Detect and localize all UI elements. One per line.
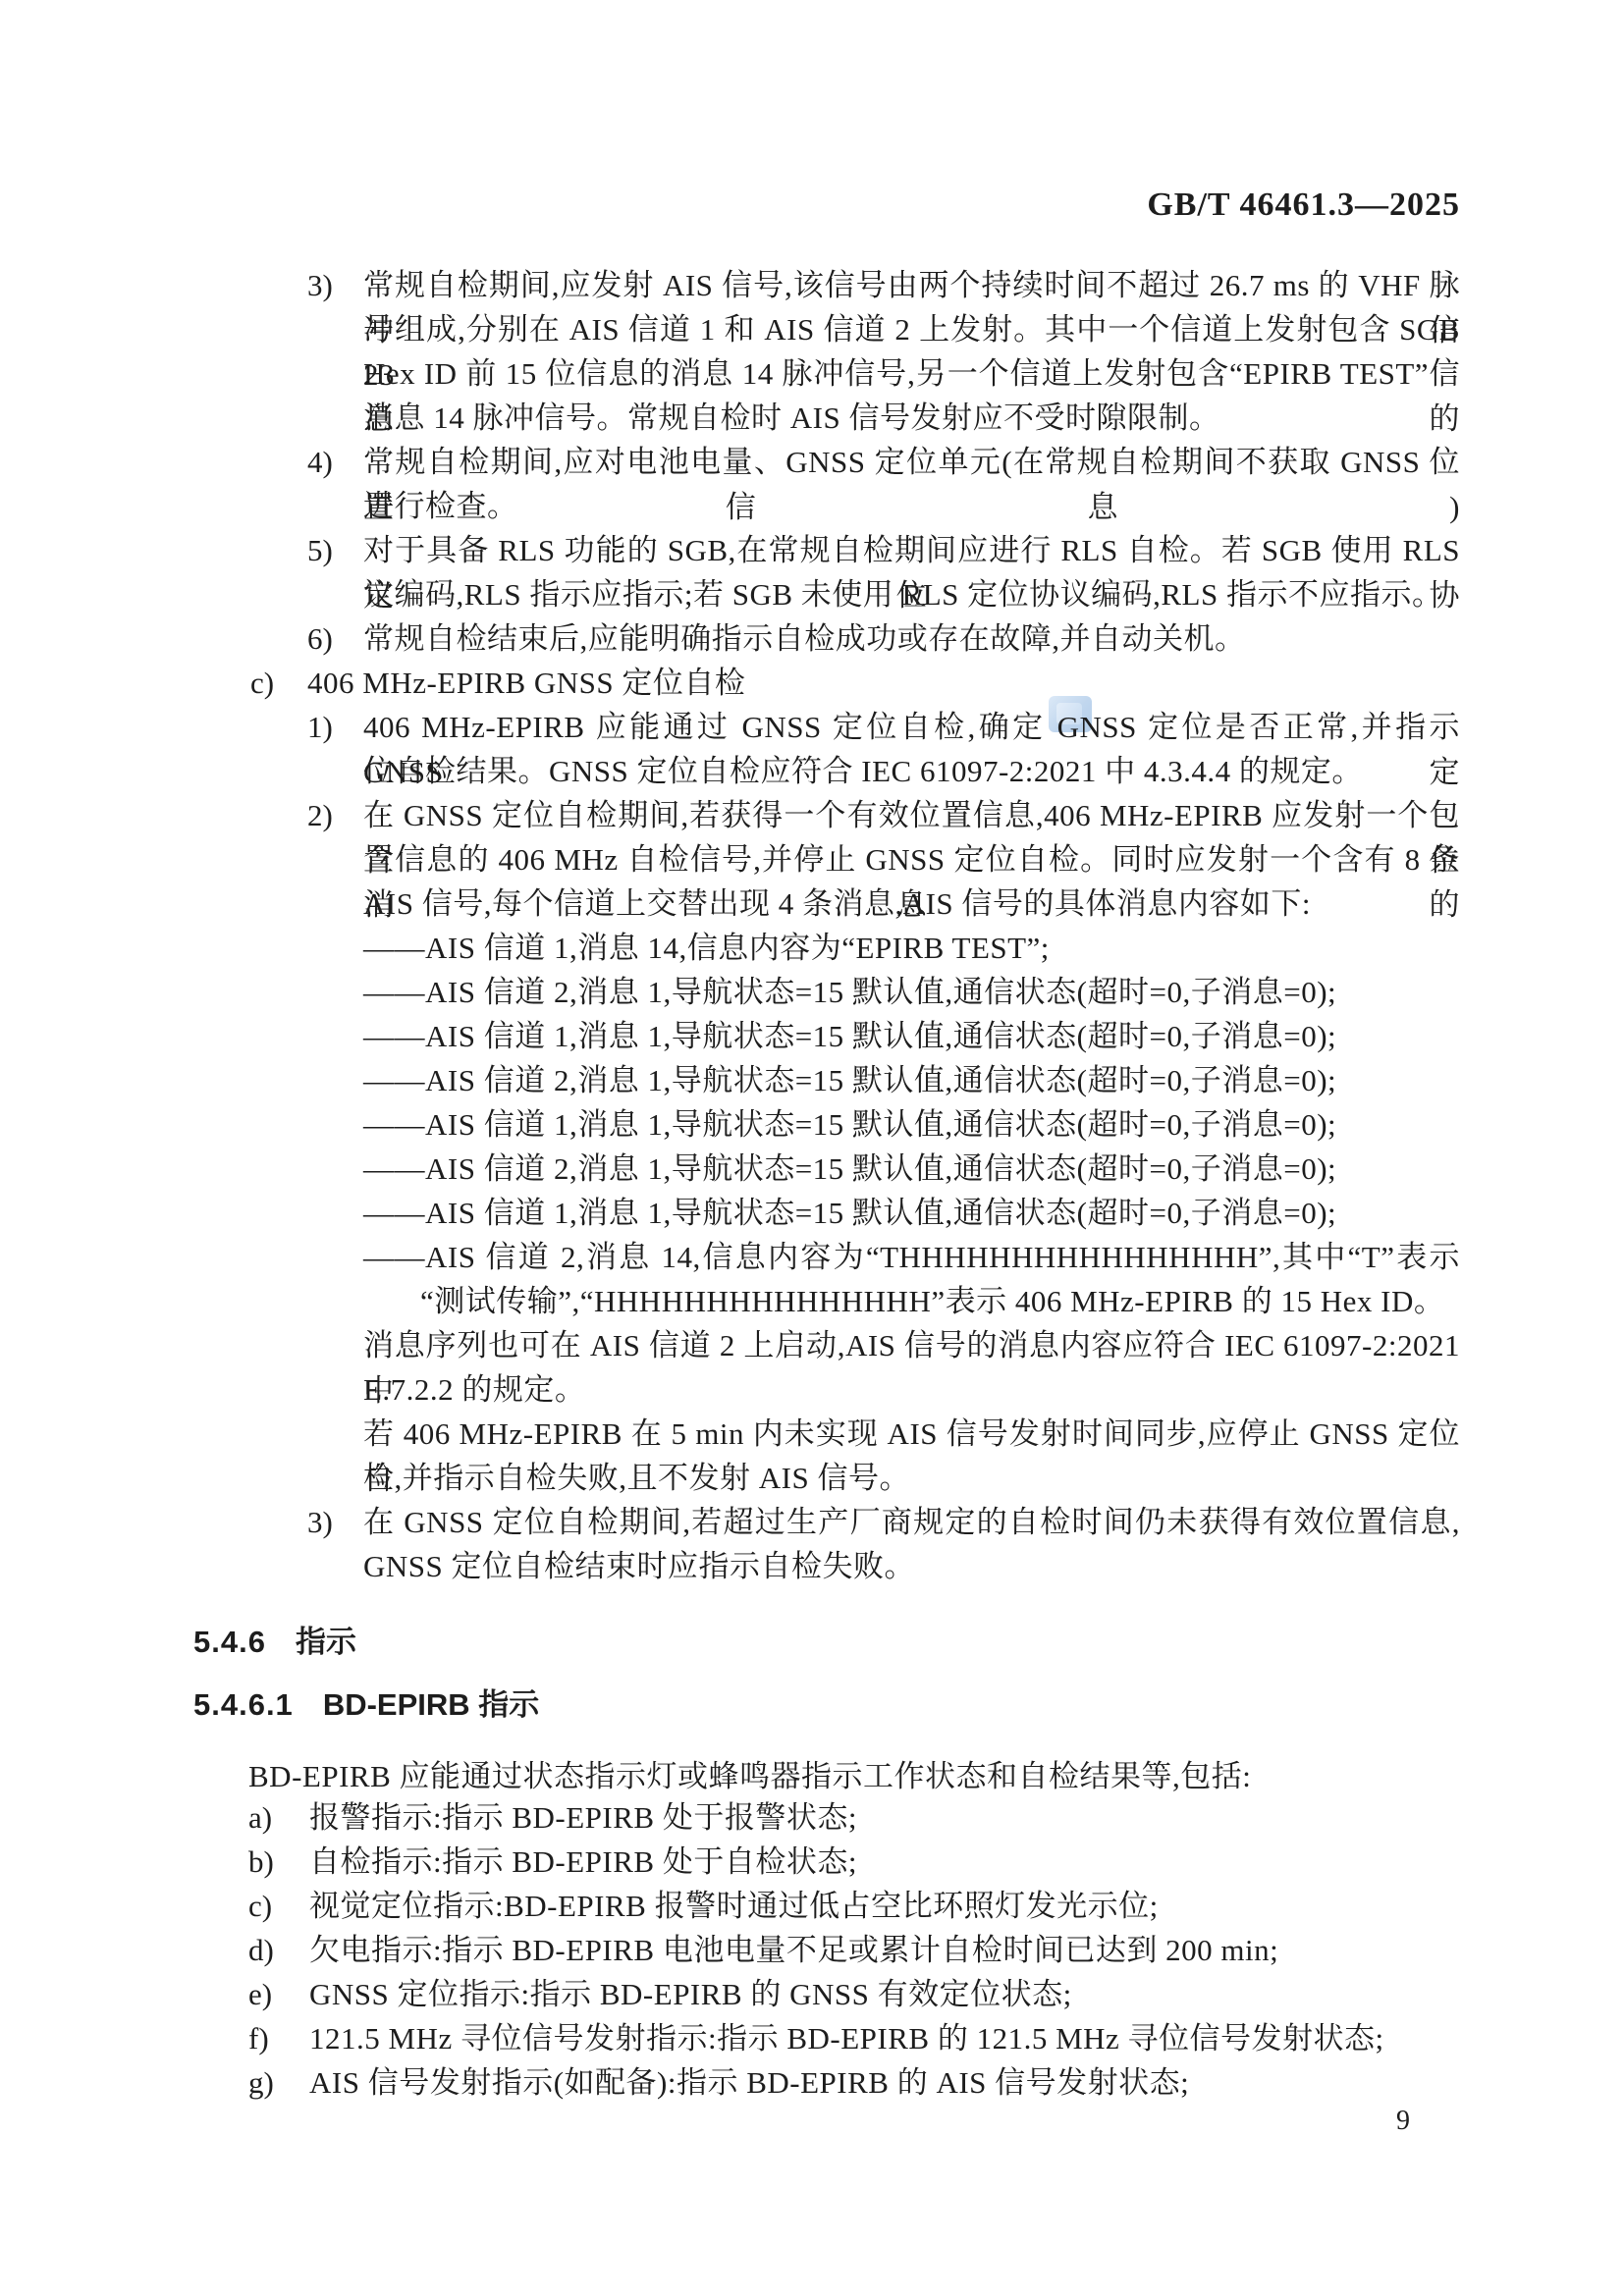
dash-list-item: ——AIS 信道 1,消息 14,信息内容为“EPIRB TEST”;	[363, 926, 1050, 971]
lettered-item-text: 自检指示:指示 BD-EPIRB 处于自检状态;	[309, 1840, 857, 1885]
subsection-heading: 5.4.6.1BD-EPIRB 指示	[193, 1682, 539, 1728]
section-number: 5.4.6	[193, 1625, 266, 1659]
body-line: 检,并指示自检失败,且不发射 AIS 信号。	[363, 1456, 910, 1501]
body-line: GNSS 定位自检结束时应指示自检失败。	[363, 1544, 915, 1589]
body-line: E.7.2.2 的规定。	[363, 1367, 585, 1413]
section-heading: 5.4.6指示	[193, 1620, 356, 1665]
body-line: 常规自检期间,应对电池电量、GNSS 定位单元(在常规自检期间不获取 GNSS …	[363, 440, 1460, 530]
dash-list-item-wrap: “测试传输”,“HHHHHHHHHHHHHHH”表示 406 MHz-EPIRB…	[420, 1279, 1444, 1324]
lettered-item-number: a)	[248, 1795, 272, 1841]
lettered-item-text: GNSS 定位指示:指示 BD-EPIRB 的 GNSS 有效定位状态;	[309, 1972, 1072, 2017]
body-line: 进行检查。	[363, 484, 518, 529]
intro-paragraph: BD-EPIRB 应能通过状态指示灯或蜂鸣器指示工作状态和自检结果等,包括:	[248, 1754, 1251, 1799]
lettered-item-number: c)	[248, 1884, 272, 1929]
lettered-item-number: d)	[248, 1928, 274, 1973]
subsection-number: 5.4.6.1	[193, 1687, 294, 1722]
lettered-item-text: 121.5 MHz 寻位信号发射指示:指示 BD-EPIRB 的 121.5 M…	[309, 2016, 1384, 2061]
dash-list-item: ——AIS 信道 2,消息 1,导航状态=15 默认值,通信状态(超时=0,子消…	[363, 970, 1336, 1015]
list-item-letter: c)	[250, 661, 274, 706]
body-line: 位自检结果。GNSS 定位自检应符合 IEC 61097-2:2021 中 4.…	[363, 749, 1363, 794]
lettered-item-text: 报警指示:指示 BD-EPIRB 处于报警状态;	[309, 1795, 857, 1841]
lettered-item-number: f)	[248, 2016, 269, 2061]
sublist-item-number: 3)	[307, 1500, 333, 1545]
page-number: 9	[1396, 2105, 1410, 2138]
dash-list-item: ——AIS 信道 2,消息 14,信息内容为“THHHHHHHHHHHHHHHH…	[363, 1235, 1460, 1280]
dash-list-item: ——AIS 信道 1,消息 1,导航状态=15 默认值,通信状态(超时=0,子消…	[363, 1102, 1336, 1148]
body-line: 消息 14 脉冲信号。常规自检时 AIS 信号发射应不受时隙限制。	[363, 396, 1219, 441]
sublist-item-number: 2)	[307, 793, 333, 838]
lettered-item-number: b)	[248, 1840, 274, 1885]
list-item-number: 5)	[307, 528, 333, 573]
body-line: 在 GNSS 定位自检期间,若超过生产厂商规定的自检时间仍未获得有效位置信息,	[363, 1500, 1460, 1545]
lettered-item-text: AIS 信号发射指示(如配备):指示 BD-EPIRB 的 AIS 信号发射状态…	[309, 2060, 1189, 2106]
lettered-item-number: g)	[248, 2060, 274, 2106]
subsection-title: BD-EPIRB 指示	[323, 1687, 539, 1722]
list-item-number: 3)	[307, 263, 333, 308]
list-item-number: 6)	[307, 616, 333, 662]
section-title: 指示	[296, 1625, 356, 1659]
item-c-title: 406 MHz-EPIRB GNSS 定位自检	[307, 661, 745, 706]
lettered-item-number: e)	[248, 1972, 272, 2017]
body-line: AIS 信号,每个信道上交替出现 4 条消息,AIS 信号的具体消息内容如下:	[363, 881, 1311, 927]
body-line: 常规自检结束后,应能明确指示自检成功或存在故障,并自动关机。	[363, 616, 1246, 662]
sublist-item-number: 1)	[307, 705, 333, 750]
dash-list-item: ——AIS 信道 1,消息 1,导航状态=15 默认值,通信状态(超时=0,子消…	[363, 1191, 1336, 1236]
standard-number-header: GB/T 46461.3—2025	[1147, 187, 1460, 224]
dash-list-item: ——AIS 信道 2,消息 1,导航状态=15 默认值,通信状态(超时=0,子消…	[363, 1147, 1336, 1192]
lettered-item-text: 视觉定位指示:BD-EPIRB 报警时通过低占空比环照灯发光示位;	[309, 1884, 1159, 1929]
dash-list-item: ——AIS 信道 2,消息 1,导航状态=15 默认值,通信状态(超时=0,子消…	[363, 1058, 1336, 1103]
document-page: GB/T 46461.3—2025 3) 常规自检期间,应发射 AIS 信号,该…	[0, 0, 1624, 2296]
list-item-number: 4)	[307, 440, 333, 485]
lettered-item-text: 欠电指示:指示 BD-EPIRB 电池电量不足或累计自检时间已达到 200 mi…	[309, 1928, 1278, 1973]
dash-list-item: ——AIS 信道 1,消息 1,导航状态=15 默认值,通信状态(超时=0,子消…	[363, 1014, 1336, 1059]
body-line: 议编码,RLS 指示应指示;若 SGB 未使用 RLS 定位协议编码,RLS 指…	[363, 572, 1442, 617]
